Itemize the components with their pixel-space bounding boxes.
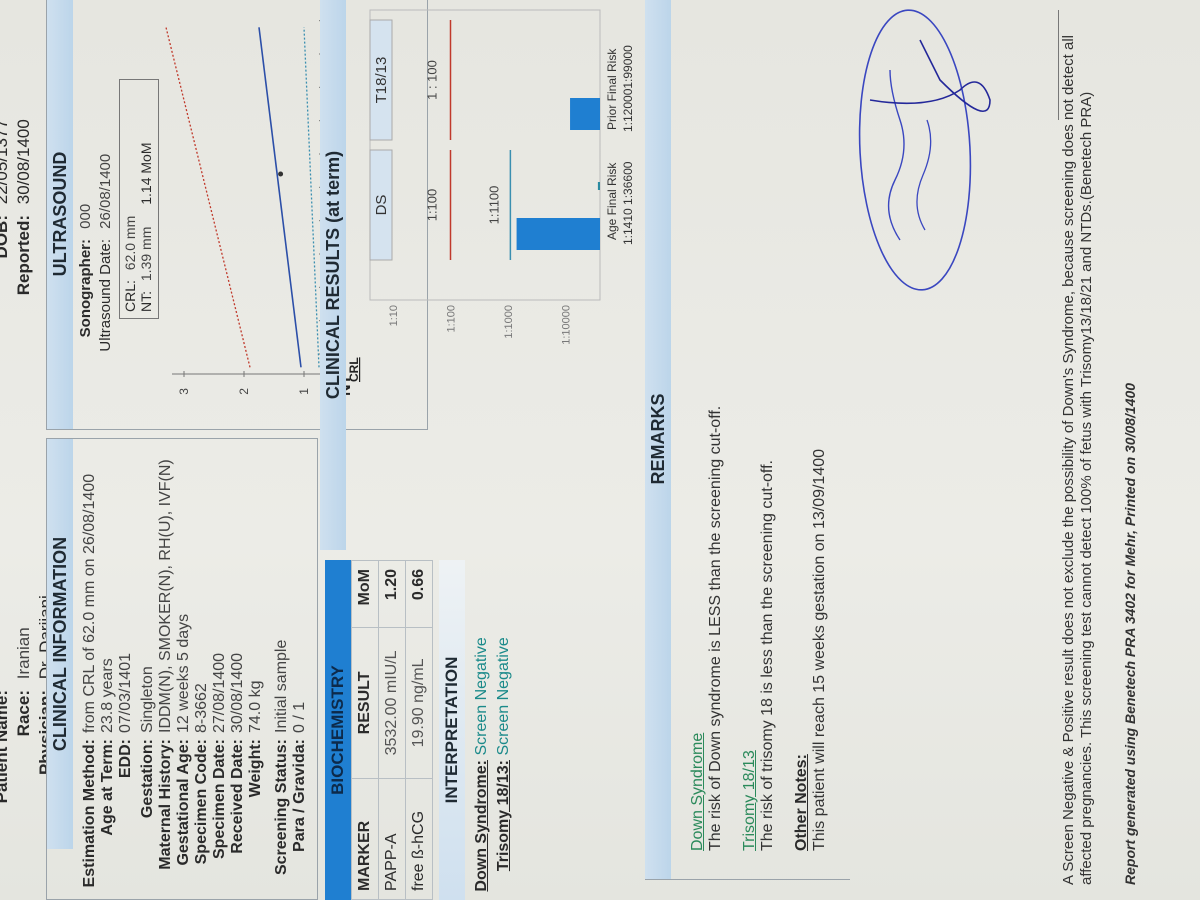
svg-text:1:1100: 1:1100	[486, 186, 501, 225]
clinical-info-value: 23.8 years	[99, 658, 116, 733]
remark-section: Down SyndromeThe risk of Down syndrome i…	[689, 0, 725, 851]
clinical-info-label: Age at Term:	[99, 739, 117, 899]
biochemistry-header-cell: MoM	[352, 561, 379, 628]
clinical-info-label: Estimation Method:	[81, 739, 99, 899]
interpretation-value: Screen Negative	[473, 637, 490, 755]
interpretation-list: Down Syndrome: Screen NegativeTrisomy 18…	[465, 560, 513, 900]
ultrasound-date-value: 26/08/1400	[97, 154, 114, 229]
sonographer-value: 000	[77, 204, 94, 229]
clinical-info-value: IDDM(N), SMOKER(N), RH(U), IVF(N)	[157, 459, 174, 733]
clinical-info-label: Weight:	[247, 739, 265, 899]
clinical-information-title: CLINICAL INFORMATION	[47, 439, 73, 849]
interpretation-item: Trisomy 18/13: Screen Negative	[495, 560, 513, 900]
clinical-info-row: Received Date:30/08/1400	[229, 653, 247, 899]
dob-label: DOB:	[0, 215, 12, 380]
clinical-info-row: Estimation Method:from CRL of 62.0 mm on…	[81, 474, 99, 899]
clinical-info-label: Gestation:	[139, 739, 157, 899]
dob-value: 22/05/1377	[0, 119, 11, 204]
svg-text:Prior Final Risk: Prior Final Risk	[605, 48, 619, 130]
clinical-info-row: Specimen Code:8-3662	[193, 683, 211, 899]
remark-text: The risk of Down syndrome is LESS than t…	[707, 0, 725, 851]
clinical-info-label: Screening Status:	[273, 739, 291, 899]
clinical-info-value: Singleton	[139, 666, 156, 733]
crl-value: 62.0 mm	[122, 216, 138, 270]
biochemistry-table: MARKERRESULTMoM PAPP-A3532.00 mIU/L1.20f…	[351, 560, 433, 900]
biochemistry-cell: 19.90 ng/mL	[406, 627, 433, 779]
svg-text:Age Final Risk: Age Final Risk	[605, 162, 619, 240]
clinical-results-title: CLINICAL RESULTS (at term)	[320, 0, 346, 550]
race-label: Race:	[14, 690, 34, 830]
nt-label: NT:	[138, 291, 154, 312]
patient-name-value	[0, 681, 11, 686]
svg-text:1:100: 1:100	[425, 189, 440, 222]
svg-text:1:100: 1:100	[446, 305, 458, 333]
clinical-info-row: Para / Gravida:0 / 1	[291, 702, 309, 899]
clinical-info-label: Para / Gravida:	[291, 739, 309, 899]
clinical-info-row: Gestation:Singleton	[139, 666, 157, 899]
clinical-info-label: EDD:	[117, 739, 135, 899]
clinical-info-value: 0 / 1	[291, 702, 308, 733]
ultrasound-title: ULTRASOUND	[47, 0, 73, 429]
svg-text:1:1410 1:36600: 1:1410 1:36600	[621, 161, 635, 245]
svg-text:1:10: 1:10	[388, 305, 400, 326]
svg-text:2: 2	[237, 388, 251, 395]
clinical-information-panel: CLINICAL INFORMATION Estimation Method:f…	[46, 438, 318, 900]
nt-mom-value: 1.14 MoM	[138, 143, 154, 205]
clinical-info-value: 12 weeks 5 days	[175, 614, 192, 733]
clinical-info-value: from CRL of 62.0 mm on 26/08/1400	[81, 474, 98, 733]
clinical-info-value: 27/08/1400	[211, 653, 228, 733]
risk-chart: 1:101:1001:10001:10000DST18/131:1001 : 1…	[350, 0, 650, 550]
reported-label: Reported:	[14, 215, 34, 380]
ultrasound-date-label: Ultrasound Date:	[97, 239, 114, 369]
measurement-box: CRL: 62.0 mm NT: 1.39 mm 1.14 MoM	[119, 79, 159, 319]
svg-text:1: 1	[297, 388, 311, 395]
svg-text:T18/13: T18/13	[373, 57, 390, 104]
race-value: Iranian	[14, 627, 33, 679]
doctor-signature-stamp	[830, 0, 1010, 300]
remarks-title: REMARKS	[645, 0, 671, 879]
remark-text: This patient will reach 15 weeks gestati…	[811, 0, 829, 851]
svg-text:DS: DS	[373, 195, 390, 216]
clinical-info-row: Specimen Date:27/08/1400	[211, 653, 229, 899]
biochemistry-header-cell: MARKER	[352, 779, 379, 900]
remarks-panel: REMARKS Down SyndromeThe risk of Down sy…	[645, 0, 850, 880]
remark-heading: Other Notes:	[793, 0, 811, 851]
svg-text:1:1000: 1:1000	[503, 305, 515, 339]
svg-text:1 : 100: 1 : 100	[425, 60, 440, 100]
biochemistry-cell: 1.20	[379, 561, 406, 628]
svg-text:1:120001:99000: 1:120001:99000	[621, 45, 635, 132]
report-dates: DOB: 22/05/1377 Reported: 30/08/1400	[0, 0, 34, 380]
biochemistry-cell: free ß-hCG	[406, 779, 433, 900]
patient-name-label: Patient Name:	[0, 690, 12, 803]
clinical-info-value: 30/08/1400	[229, 653, 246, 733]
clinical-info-row: EDD:07/03/1401	[117, 653, 135, 899]
screening-report: Patient Name: Race: Iranian Physician: D…	[0, 0, 1200, 900]
clinical-info-value: 07/03/1401	[117, 653, 134, 733]
svg-text:3: 3	[177, 388, 191, 395]
biochemistry-cell: PAPP-A	[379, 779, 406, 900]
clinical-info-label: Specimen Date:	[211, 739, 229, 899]
remark-section: Other Notes:This patient will reach 15 w…	[793, 0, 829, 851]
biochemistry-title: BIOCHEMISTRY	[325, 560, 351, 900]
remarks-list: Down SyndromeThe risk of Down syndrome i…	[671, 0, 829, 879]
remark-section: Trisomy 18/13The risk of trisomy 18 is l…	[741, 0, 777, 851]
crl-label: CRL:	[122, 280, 138, 312]
nt-value: 1.39 mm	[138, 227, 154, 281]
clinical-info-label: Specimen Code:	[193, 739, 211, 899]
clinical-info-row: Maternal History:IDDM(N), SMOKER(N), RH(…	[157, 459, 175, 899]
clinical-info-row: Weight:74.0 kg	[247, 681, 265, 899]
biochemistry-cell: 3532.00 mIU/L	[379, 627, 406, 779]
interpretation-label: Trisomy 18/13:	[495, 760, 513, 900]
interpretation-item: Down Syndrome: Screen Negative	[473, 560, 491, 900]
biochemistry-cell: 0.66	[406, 561, 433, 628]
clinical-results-panel: CLINICAL RESULTS (at term) 1:101:1001:10…	[320, 0, 640, 550]
clinical-info-label: Maternal History:	[157, 739, 175, 899]
disclaimer-text: A Screen Negative & Positive result does…	[1060, 15, 1096, 885]
biochemistry-header-cell: RESULT	[352, 627, 379, 779]
remark-text: The risk of trisomy 18 is less than the …	[759, 0, 777, 851]
clinical-info-row: Age at Term:23.8 years	[99, 658, 117, 899]
remark-heading: Down Syndrome	[689, 0, 707, 851]
biochemistry-row: free ß-hCG19.90 ng/mL0.66	[406, 561, 433, 900]
signature-line	[1058, 10, 1059, 120]
clinical-info-row: Gestational Age:12 weeks 5 days	[175, 614, 193, 899]
clinical-info-value: Initial sample	[273, 640, 290, 733]
interpretation-value: Screen Negative	[495, 637, 512, 755]
clinical-info-value: 8-3662	[193, 683, 210, 733]
interpretation-title: INTERPRETATION	[439, 560, 465, 900]
clinical-info-row: Screening Status:Initial sample	[273, 640, 291, 899]
clinical-info-label: Received Date:	[229, 739, 247, 899]
interpretation-label: Down Syndrome:	[473, 760, 491, 900]
remark-heading: Trisomy 18/13	[741, 0, 759, 851]
clinical-info-label: Gestational Age:	[175, 739, 193, 899]
biochemistry-panel: BIOCHEMISTRY MARKERRESULTMoM PAPP-A3532.…	[325, 560, 517, 900]
biochemistry-row: PAPP-A3532.00 mIU/L1.20	[379, 561, 406, 900]
clinical-info-value: 74.0 kg	[247, 681, 264, 733]
sonographer-label: Sonographer:	[77, 239, 94, 369]
svg-text:1:10000: 1:10000	[561, 305, 573, 345]
report-footer: Report generated using Benetech PRA 3402…	[1122, 383, 1138, 885]
reported-value: 30/08/1400	[14, 119, 33, 204]
